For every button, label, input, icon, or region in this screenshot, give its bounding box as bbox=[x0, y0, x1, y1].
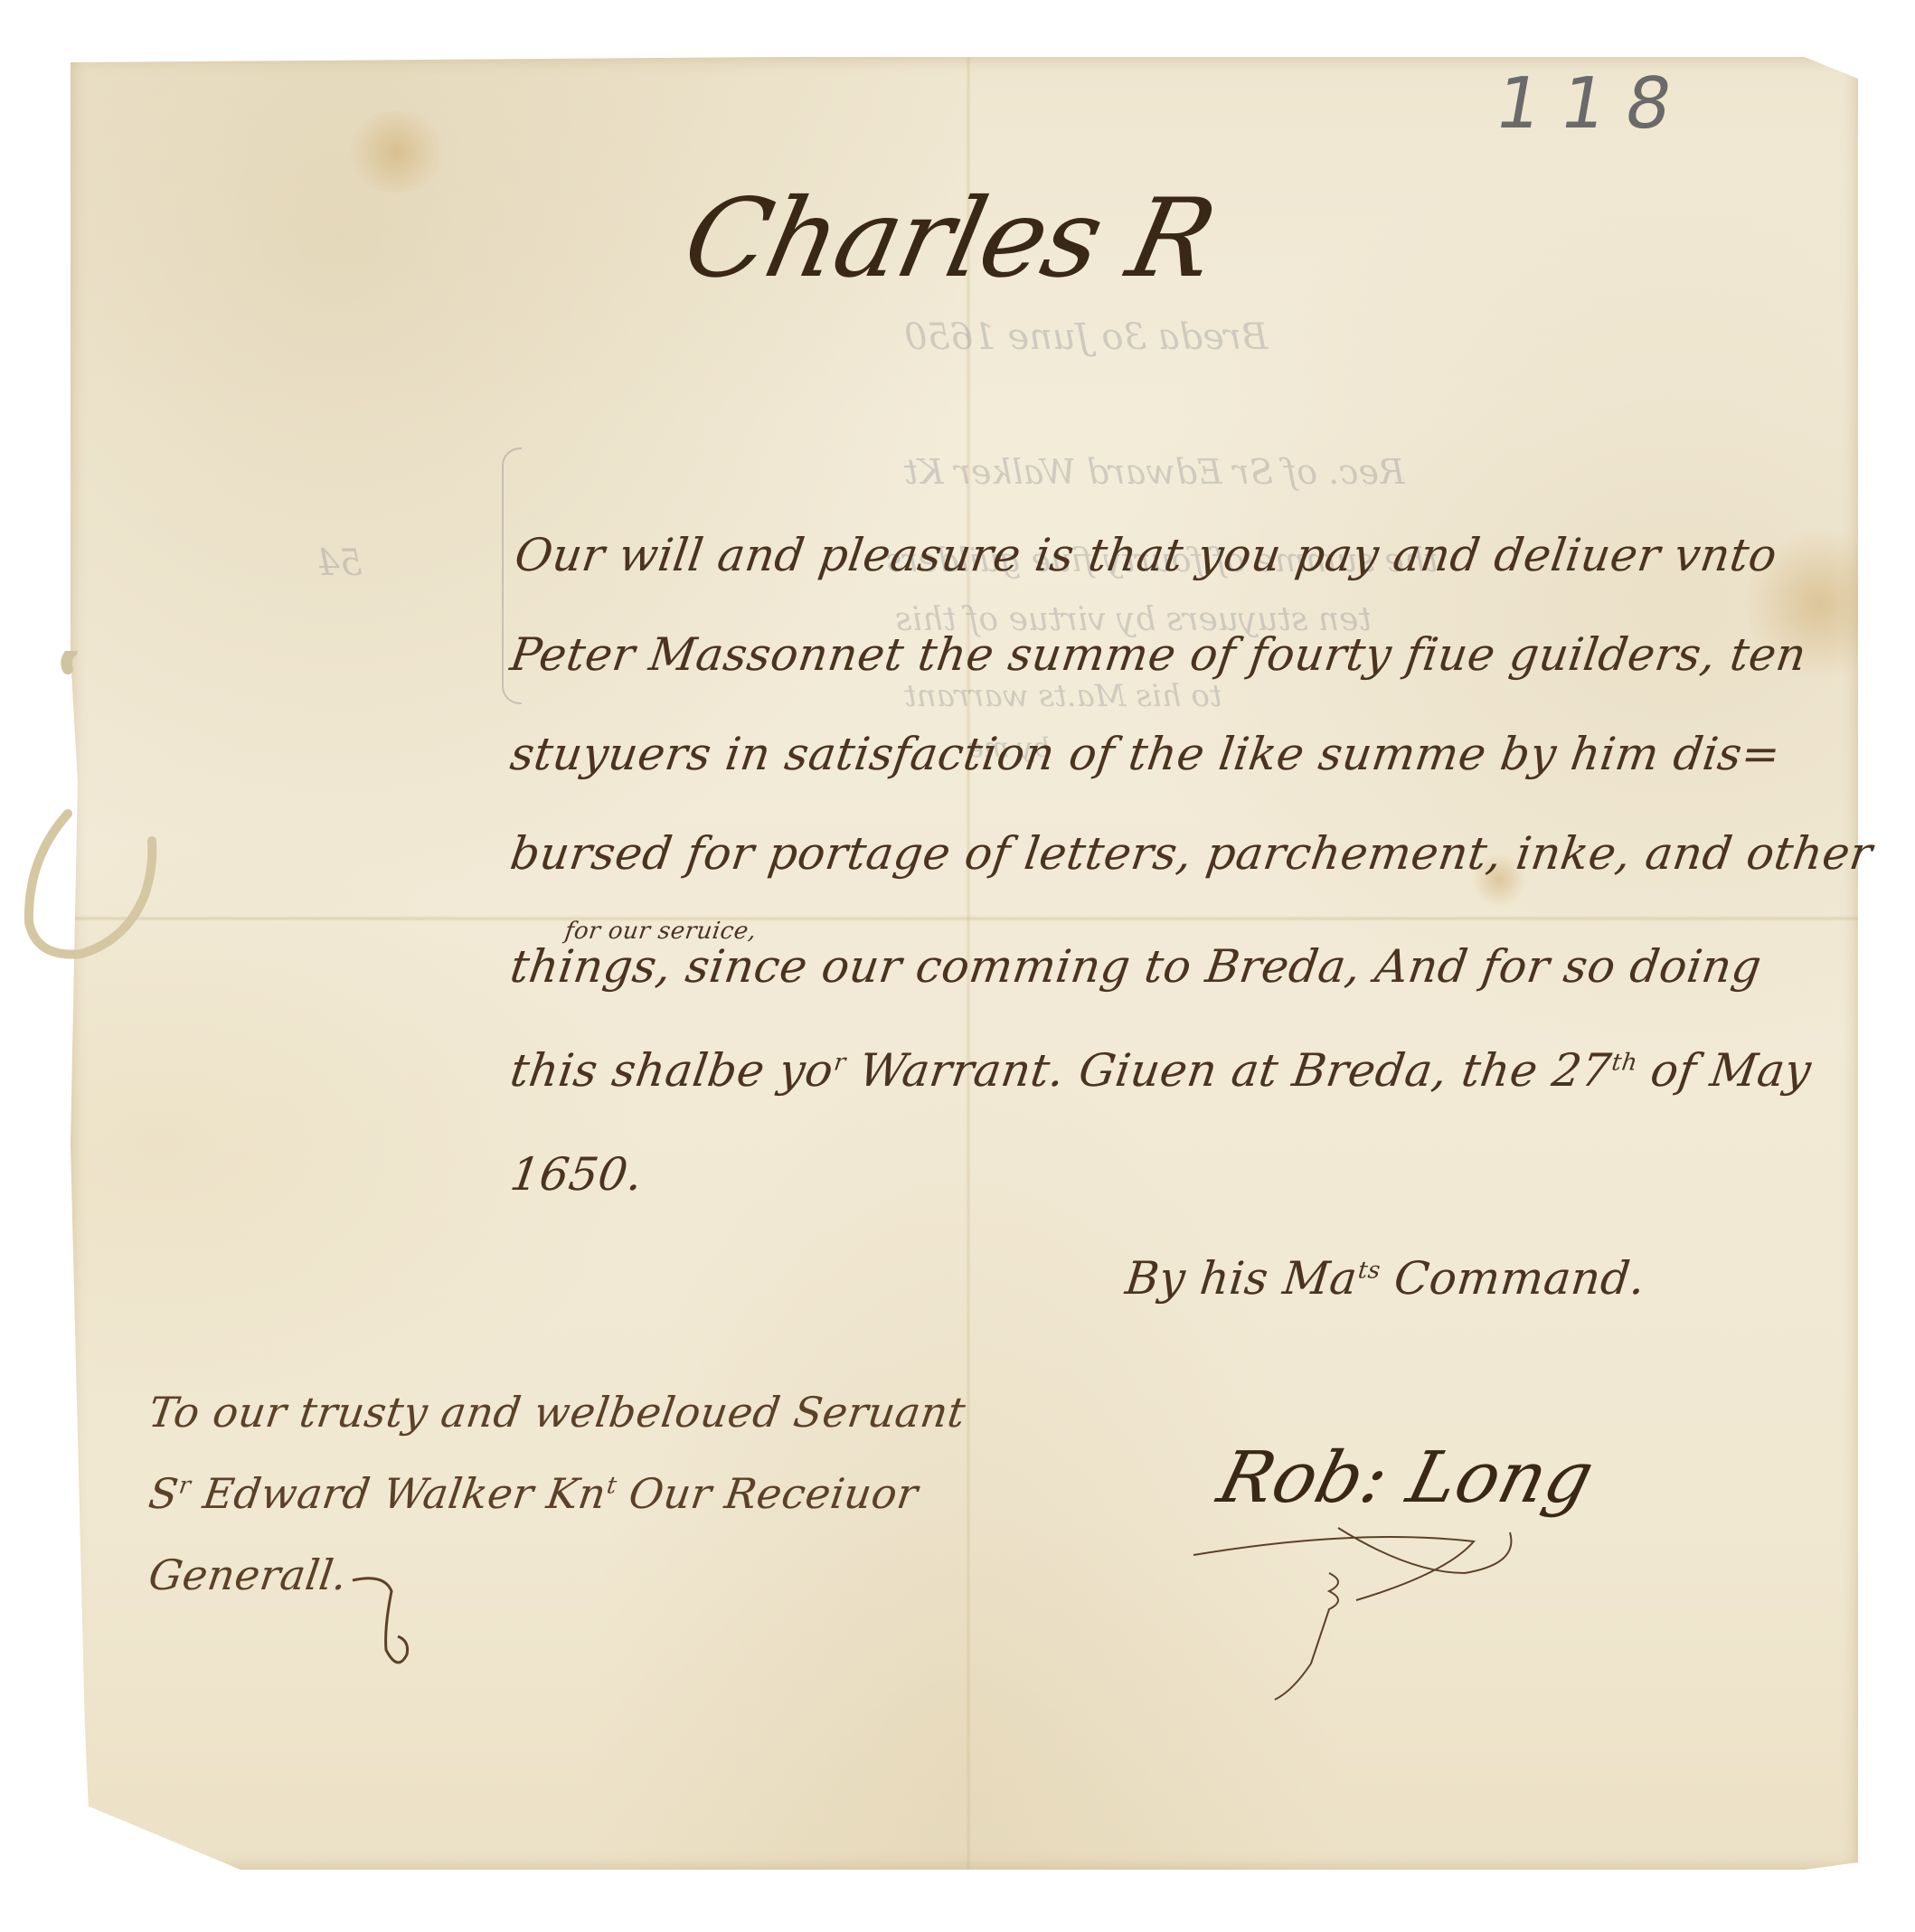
address-name: Edward Walker Kn bbox=[186, 1469, 609, 1518]
body-line-5: things, since our comming to Breda, And … bbox=[507, 940, 1765, 993]
bleed-through-date: Breda 3o June 1650 bbox=[904, 316, 1268, 358]
body-line-6: this shalbe yor Warrant. Giuen at Breda,… bbox=[507, 1044, 1815, 1097]
foxing-stain bbox=[342, 111, 450, 193]
closing-superscript: ts bbox=[1356, 1257, 1382, 1284]
bleed-through-margin-note: 54 bbox=[316, 542, 363, 584]
bleed-through-line: to his Ma.ts warrant bbox=[904, 678, 1222, 714]
address-title: S bbox=[146, 1469, 182, 1518]
signature-flourish bbox=[1175, 1519, 1555, 1754]
closing-suffix: Command. bbox=[1377, 1252, 1648, 1305]
address-line-3: Generall. bbox=[146, 1550, 350, 1599]
body-line-6-suffix: Warrant. Giuen at Breda, the 27 bbox=[841, 1044, 1614, 1097]
royal-signature: Charles R bbox=[674, 176, 1224, 302]
address-line-1: To our trusty and welbeloued Seruant bbox=[146, 1388, 968, 1437]
countersignature: Rob: Long bbox=[1211, 1437, 1602, 1519]
address-line-2: Sr Edward Walker Knt Our Receiuor bbox=[146, 1469, 921, 1518]
bleed-through-line: Rec. of Sr Edward Walker Kt bbox=[904, 452, 1405, 492]
body-line-4: bursed for portage of letters, parchemen… bbox=[507, 827, 1876, 880]
body-line-3: stuyuers in satisfaction of the like sum… bbox=[507, 728, 1784, 780]
date-superscript: th bbox=[1610, 1049, 1639, 1076]
closing-line: By his Mats Command. bbox=[1123, 1252, 1648, 1305]
body-line-2: Peter Massonnet the summe of fourty fiue… bbox=[507, 628, 1810, 681]
address-flourish bbox=[348, 1573, 429, 1682]
horizontal-fold-crease bbox=[71, 916, 1858, 921]
binding-string bbox=[9, 651, 172, 994]
body-line-1: Our will and pleasure is that you pay an… bbox=[512, 529, 1780, 581]
closing-prefix: By his Ma bbox=[1123, 1252, 1360, 1305]
year-line: 1650. bbox=[507, 1148, 646, 1201]
address-office: Our Receiuor bbox=[612, 1469, 921, 1518]
body-line-6-prefix: this shalbe yo bbox=[507, 1044, 836, 1097]
folio-number: 118 bbox=[1489, 63, 1698, 145]
body-line-6-date-suffix: of May bbox=[1633, 1044, 1815, 1097]
